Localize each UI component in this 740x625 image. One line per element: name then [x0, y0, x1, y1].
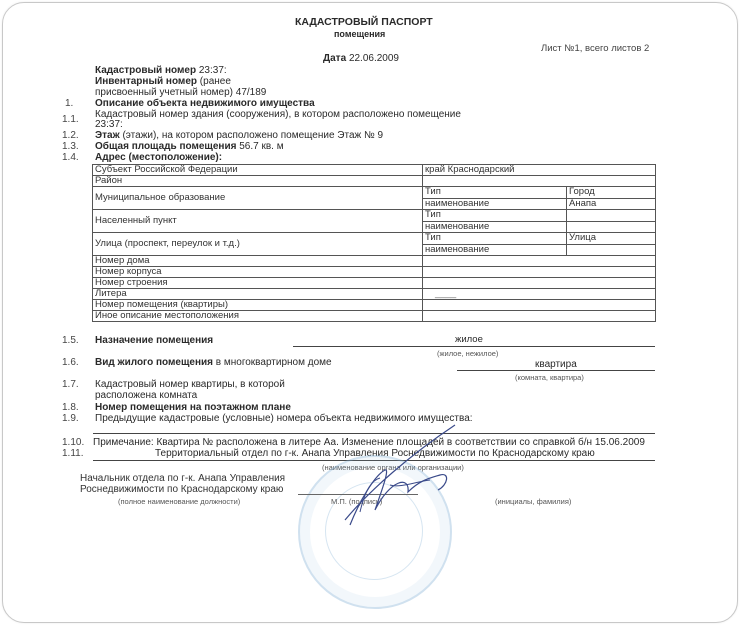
- document-title: КАДАСТРОВЫЙ ПАСПОРТ: [295, 17, 433, 28]
- street-type-value: Улица: [567, 233, 656, 245]
- section-1-5-hint: (жилое, нежилое): [437, 349, 498, 358]
- settlement-type-label: Тип: [423, 210, 567, 222]
- section-1-6-hint: (комната, квартира): [515, 373, 584, 382]
- municipal-name-value: Анапа: [567, 198, 656, 210]
- table-row: Район: [93, 176, 656, 187]
- settlement-name-label: наименование: [423, 221, 567, 233]
- cadastral-number-value: 23:37:: [199, 65, 227, 76]
- section-1-10-number: 1.10.: [62, 437, 84, 448]
- handwritten-signature-icon: [290, 420, 490, 530]
- inventory-number-rest: (ранее: [200, 76, 231, 87]
- position-hint: (полное наименование должности): [118, 497, 240, 506]
- building-value: [423, 278, 656, 289]
- section-1-number: 1.: [65, 98, 73, 109]
- table-row: Муниципальное образование Тип Город: [93, 187, 656, 199]
- address-table: Субъект Российской Федерации край Красно…: [92, 164, 656, 322]
- inventory-number-label: Инвентарный номер: [95, 76, 197, 87]
- cadastral-number-label: Кадастровый номер: [95, 65, 196, 76]
- section-1-1-text: Кадастровый номер здания (сооружения), в…: [95, 109, 461, 120]
- other-value: [423, 311, 656, 322]
- document-date: Дата 22.06.2009: [323, 53, 399, 64]
- section-1-5-label: Назначение помещения: [95, 335, 213, 346]
- section-1-11-number: 1.11.: [62, 448, 84, 459]
- street-name-label: наименование: [423, 244, 567, 256]
- section-1-6-label: Вид жилого помещения: [95, 357, 213, 368]
- section-1-6-value: квартира: [535, 359, 577, 370]
- section-1-7-text: Кадастровый номер квартиры, в которой: [95, 379, 285, 390]
- section-1-6-text: в многоквартирном доме: [216, 357, 332, 368]
- section-1-4-number: 1.4.: [62, 152, 79, 163]
- section-1-3: Общая площадь помещения 56.7 кв. м: [95, 141, 284, 152]
- table-row: Населенный пункт Тип: [93, 210, 656, 222]
- section-1-8-label: Номер помещения на поэтажном плане: [95, 402, 291, 413]
- inventory-number-line2: присвоенный учетный номер) 47/189: [95, 87, 266, 98]
- table-row: Иное описание местоположения: [93, 311, 656, 322]
- section-1-7-text2: расположена комната: [95, 390, 197, 401]
- section-1-6-underline: [457, 370, 655, 371]
- date-value: 22.06.2009: [349, 53, 399, 64]
- room-value: [423, 300, 656, 311]
- settlement-label: Населенный пункт: [93, 210, 423, 233]
- district-value: [423, 176, 656, 187]
- section-1-2-number: 1.2.: [62, 130, 79, 141]
- section-1-5-underline: [293, 346, 655, 347]
- table-row: Номер дома: [93, 256, 656, 267]
- sheet-info: Лист №1, всего листов 2: [541, 43, 649, 54]
- position-line1: Начальник отдела по г-к. Анапа Управлени…: [80, 473, 285, 484]
- document-subtitle: помещения: [334, 29, 385, 40]
- section-1-6: Вид жилого помещения в многоквартирном д…: [95, 357, 332, 368]
- korpus-value: [423, 267, 656, 278]
- street-type-label: Тип: [423, 233, 567, 245]
- section-1-3-number: 1.3.: [62, 141, 79, 152]
- initials-hint: (инициалы, фамилия): [495, 497, 571, 506]
- section-1-4-label: Адрес (местоположение):: [95, 152, 222, 163]
- section-1-5-value: жилое: [455, 334, 483, 345]
- other-label: Иное описание местоположения: [93, 311, 423, 322]
- room-label: Номер помещения (квартиры): [93, 300, 423, 311]
- section-1-3-label: Общая площадь помещения: [95, 141, 236, 152]
- position-line2: Роснедвижимости по Краснодарскому краю: [80, 484, 283, 495]
- municipal-label: Муниципальное образование: [93, 187, 423, 210]
- street-label: Улица (проспект, переулок и т.д.): [93, 233, 423, 256]
- municipal-type-label: Тип: [423, 187, 567, 199]
- table-row: Субъект Российской Федерации край Красно…: [93, 165, 656, 176]
- cadastral-number: Кадастровый номер 23:37:: [95, 65, 227, 76]
- inventory-number: Инвентарный номер (ранее: [95, 76, 231, 87]
- table-row: Литера ____: [93, 289, 656, 300]
- section-1-6-number: 1.6.: [62, 357, 79, 368]
- settlement-type-value: [567, 210, 656, 222]
- municipal-type-value: Город: [567, 187, 656, 199]
- section-1-7-number: 1.7.: [62, 379, 79, 390]
- section-1-3-value: 56.7 кв. м: [239, 141, 283, 152]
- table-row: Улица (проспект, переулок и т.д.) Тип Ул…: [93, 233, 656, 245]
- litera-label: Литера: [93, 289, 423, 300]
- korpus-label: Номер корпуса: [93, 267, 423, 278]
- subject-value: край Краснодарский: [423, 165, 656, 176]
- section-1-1-value: 23:37:: [95, 119, 123, 130]
- settlement-name-value: [567, 221, 656, 233]
- section-1-label: Описание объекта недвижимого имущества: [95, 98, 315, 109]
- section-1-9-number: 1.9.: [62, 413, 79, 424]
- date-label: Дата: [323, 53, 346, 64]
- district-label: Район: [93, 176, 423, 187]
- table-row: Номер корпуса: [93, 267, 656, 278]
- section-1-2-text: (этажи), на котором расположено помещени…: [122, 130, 383, 141]
- section-1-2-label: Этаж: [95, 130, 120, 141]
- litera-value: ____: [423, 289, 656, 300]
- table-row: Номер помещения (квартиры): [93, 300, 656, 311]
- municipal-name-label: наименование: [423, 198, 567, 210]
- house-value: [423, 256, 656, 267]
- section-1-8-number: 1.8.: [62, 402, 79, 413]
- section-1-5-number: 1.5.: [62, 335, 79, 346]
- building-label: Номер строения: [93, 278, 423, 289]
- subject-label: Субъект Российской Федерации: [93, 165, 423, 176]
- street-name-value: [567, 244, 656, 256]
- table-row: Номер строения: [93, 278, 656, 289]
- section-1-2: Этаж (этажи), на котором расположено пом…: [95, 130, 383, 141]
- section-1-1-number: 1.1.: [62, 114, 79, 125]
- house-label: Номер дома: [93, 256, 423, 267]
